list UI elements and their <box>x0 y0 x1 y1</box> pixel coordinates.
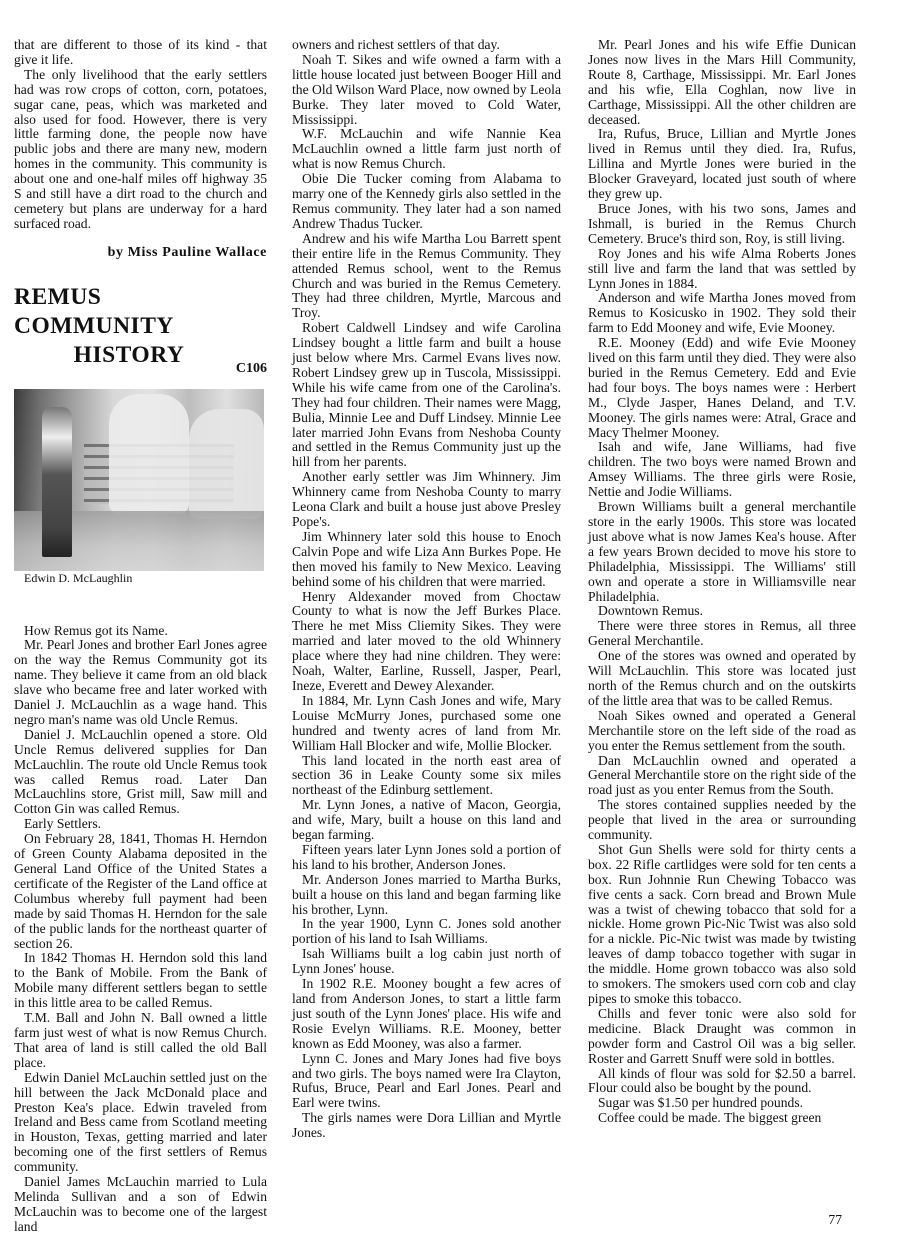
paragraph: Coffee could be made. The biggest green <box>588 1111 856 1126</box>
paragraph: There were three stores in Remus, all th… <box>588 619 856 649</box>
paragraph: owners and richest settlers of that day. <box>292 38 561 53</box>
paragraph: The only livelihood that the early settl… <box>14 68 267 232</box>
page-number: 77 <box>828 1212 842 1228</box>
paragraph: The girls names were Dora Lillian and My… <box>292 1111 561 1141</box>
paragraph: Ira, Rufus, Bruce, Lillian and Myrtle Jo… <box>588 127 856 202</box>
paragraph: Isah Williams built a log cabin just nor… <box>292 947 561 977</box>
paragraph: On February 28, 1841, Thomas H. Herndon … <box>14 832 267 951</box>
paragraph: In 1884, Mr. Lynn Cash Jones and wife, M… <box>292 694 561 754</box>
paragraph: Sugar was $1.50 per hundred pounds. <box>588 1096 856 1111</box>
paragraph: Isah and wife, Jane Williams, had five c… <box>588 440 856 500</box>
paragraph: Dan McLauchlin owned and operated a Gene… <box>588 754 856 799</box>
paragraph: Robert Caldwell Lindsey and wife Carolin… <box>292 321 561 470</box>
paragraph: How Remus got its Name. <box>14 624 267 639</box>
paragraph: Lynn C. Jones and Mary Jones had five bo… <box>292 1052 561 1112</box>
article-title: REMUS COMMUNITY HISTORY <box>14 283 267 370</box>
byline: by Miss Pauline Wallace <box>14 246 267 261</box>
title-line-1: REMUS COMMUNITY <box>14 283 267 341</box>
paragraph: In 1842 Thomas H. Herndon sold this land… <box>14 951 267 1011</box>
paragraph: Anderson and wife Martha Jones moved fro… <box>588 291 856 336</box>
paragraph: Brown Williams built a general merchanti… <box>588 500 856 604</box>
paragraph: T.M. Ball and John N. Ball owned a littl… <box>14 1011 267 1071</box>
column-3: Mr. Pearl Jones and his wife Effie Dunic… <box>588 38 856 1126</box>
paragraph: that are different to those of its kind … <box>14 38 267 68</box>
paragraph: This land located in the north east area… <box>292 754 561 799</box>
paragraph: Daniel James McLauchin married to Lula M… <box>14 1175 267 1235</box>
paragraph: Noah T. Sikes and wife owned a farm with… <box>292 53 561 128</box>
section-heading: Downtown Remus. <box>588 604 856 619</box>
paragraph: One of the stores was owned and operated… <box>588 649 856 709</box>
paragraph: Mr. Pearl Jones and his wife Effie Dunic… <box>588 38 856 127</box>
photo-horse <box>189 409 264 519</box>
paragraph: Edwin Daniel McLauchin settled just on t… <box>14 1071 267 1175</box>
paragraph: Henry Aldexander moved from Choctaw Coun… <box>292 590 561 694</box>
paragraph: In 1902 R.E. Mooney bought a few acres o… <box>292 977 561 1052</box>
paragraph: Mr. Pearl Jones and brother Earl Jones a… <box>14 638 267 727</box>
paragraph: Early Settlers. <box>14 817 267 832</box>
paragraph: Jim Whinnery later sold this house to En… <box>292 530 561 590</box>
paragraph: All kinds of flour was sold for $2.50 a … <box>588 1067 856 1097</box>
column-1: that are different to those of its kind … <box>14 38 267 1235</box>
paragraph: The stores contained supplies needed by … <box>588 798 856 843</box>
historic-photo <box>14 389 264 571</box>
paragraph: Noah Sikes owned and operated a General … <box>588 709 856 754</box>
paragraph: W.F. McLauchin and wife Nannie Kea McLau… <box>292 127 561 172</box>
paragraph: Another early settler was Jim Whinnery. … <box>292 470 561 530</box>
paragraph: Obie Die Tucker coming from Alabama to m… <box>292 172 561 232</box>
paragraph: In the year 1900, Lynn C. Jones sold ano… <box>292 917 561 947</box>
paragraph: Mr. Anderson Jones married to Martha Bur… <box>292 873 561 918</box>
paragraph: Shot Gun Shells were sold for thirty cen… <box>588 843 856 1007</box>
paragraph: Fifteen years later Lynn Jones sold a po… <box>292 843 561 873</box>
paragraph: Andrew and his wife Martha Lou Barrett s… <box>292 232 561 321</box>
paragraph: Mr. Lynn Jones, a native of Macon, Georg… <box>292 798 561 843</box>
column-2: owners and richest settlers of that day.… <box>292 38 561 1141</box>
photo-horse <box>109 394 189 514</box>
paragraph: Daniel J. McLauchlin opened a store. Old… <box>14 728 267 817</box>
paragraph: R.E. Mooney (Edd) and wife Evie Mooney l… <box>588 336 856 440</box>
paragraph: Chills and fever tonic were also sold fo… <box>588 1007 856 1067</box>
photo-man <box>42 407 72 557</box>
paragraph: Roy Jones and his wife Alma Roberts Jone… <box>588 247 856 292</box>
paragraph: Bruce Jones, with his two sons, James an… <box>588 202 856 247</box>
photo-caption: Edwin D. McLaughlin <box>14 571 267 586</box>
